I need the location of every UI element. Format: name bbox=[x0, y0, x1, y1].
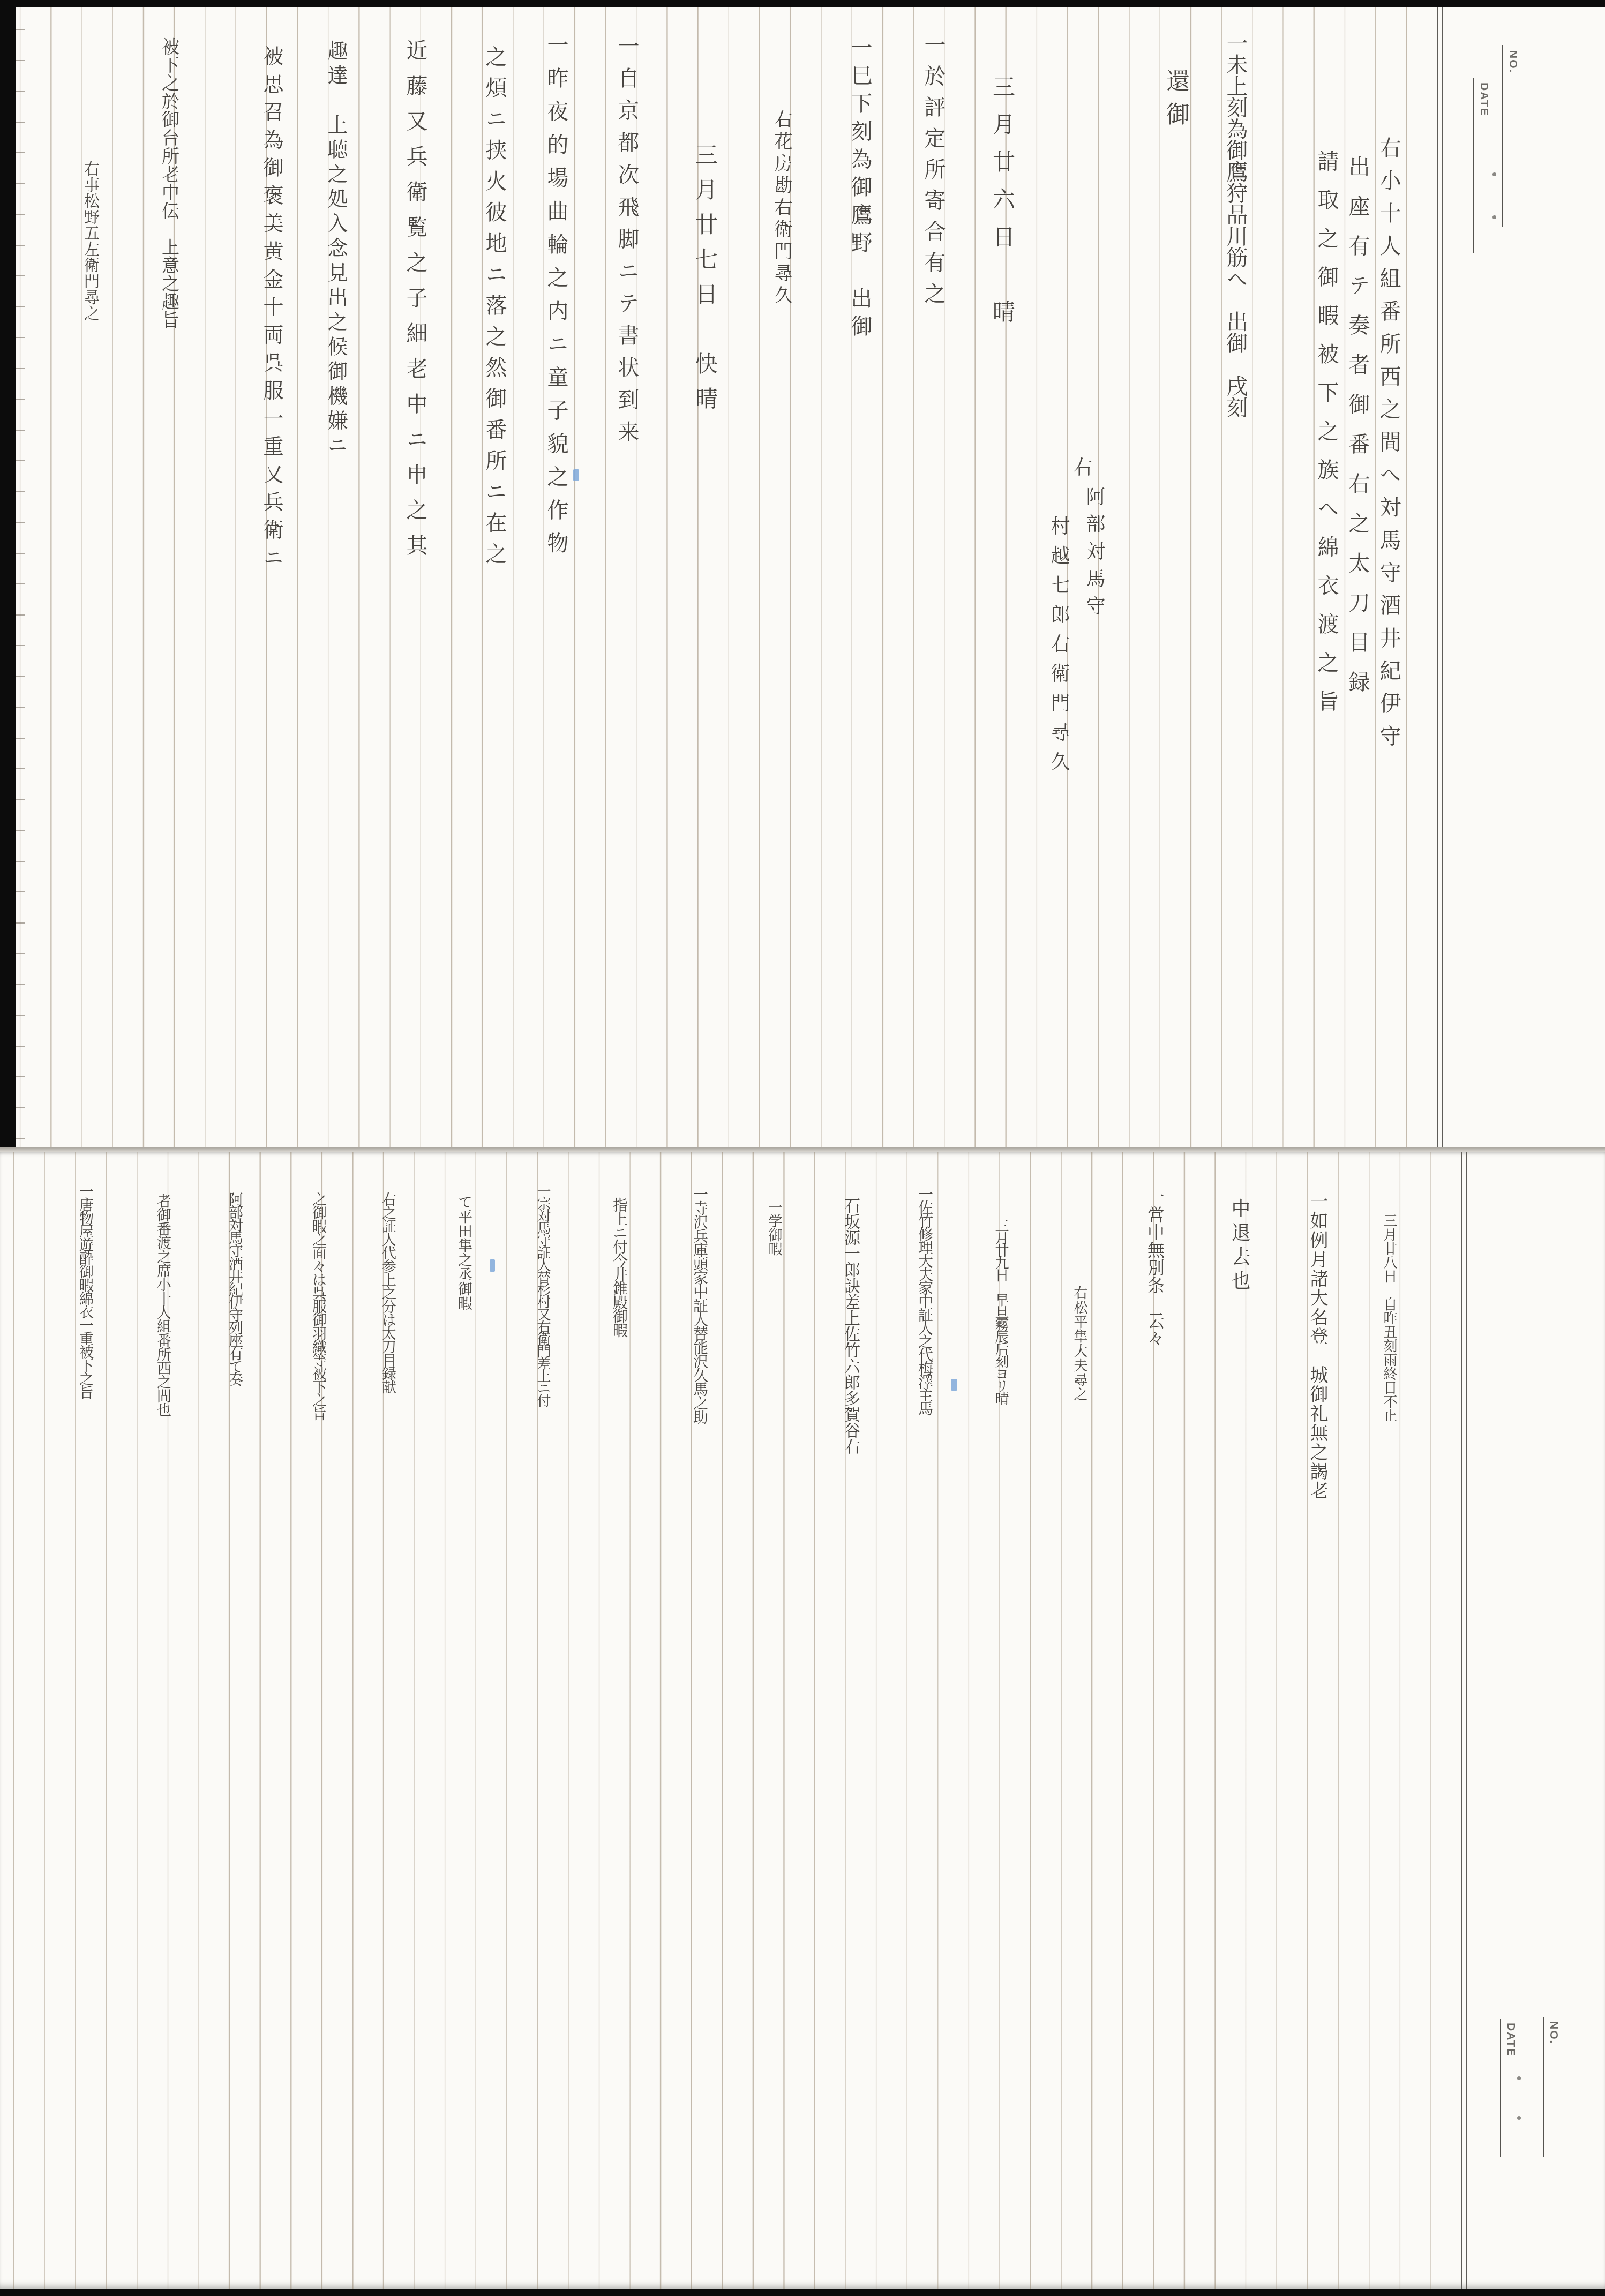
handwriting-column: 一如例月諸大名登 城御礼無之謁老 bbox=[1308, 1192, 1326, 1500]
blue-correction-mark bbox=[573, 469, 579, 481]
handwriting-column: 近藤又兵衛覧之子細老中ニ申之其 bbox=[404, 39, 426, 569]
handwriting-column: 一巳下刻為御鷹野 出御 bbox=[849, 36, 871, 343]
handwriting-column: 右小十人組番所西之間へ対馬守酒井紀伊守 bbox=[1378, 137, 1399, 757]
handwriting-column: 三月廿七日 快晴 bbox=[694, 143, 716, 422]
handwriting-column: 一昨夜的場曲輪之内ニ童子貌之作物 bbox=[545, 34, 567, 565]
handwriting-column: 三月廿九日 早旦霧辰后刻ヨリ晴 bbox=[994, 1219, 1008, 1404]
handwriting-column: 之煩ニ挟火彼地ニ落之然御番所ニ在之 bbox=[484, 46, 505, 574]
handwriting-column: 出座有テ奏者御番右之太刀目録 bbox=[1347, 155, 1368, 710]
handwriting-column: 右事松野五左衛門尋之 bbox=[83, 161, 99, 321]
handwriting-column: 一於評定所寄合有之 bbox=[922, 34, 944, 313]
handwriting-column: 指上ニ付今井錐殿御暇 bbox=[612, 1197, 627, 1337]
handwriting-column: 一自京都次飛脚ニテ書状到来 bbox=[616, 35, 637, 453]
handwriting-column: 被思召為御褒美黄金十両呉服一重又兵衛ニ bbox=[261, 46, 282, 575]
handwriting-column: 一宗対馬守証人替杉村又右衛門差上ニ付 bbox=[536, 1184, 550, 1406]
handwriting-layer: 右小十人組番所西之間へ対馬守酒井紀伊守出座有テ奏者御番右之太刀目録請取之御暇被下… bbox=[0, 0, 1605, 2296]
handwriting-column: 石坂源一郎訣差上佐竹六郎多賀谷右 bbox=[842, 1197, 858, 1454]
handwriting-column: 阿部対馬守酒井紀伊守列座有て奏 bbox=[227, 1192, 242, 1385]
handwriting-column: 阿部対馬守 bbox=[1084, 486, 1104, 623]
handwriting-column: 還御 bbox=[1164, 69, 1187, 135]
blue-correction-mark bbox=[951, 1379, 957, 1391]
handwriting-column: 一佐竹修理大夫家中証人之代梅澤主馬 bbox=[917, 1187, 932, 1414]
handwriting-column: て平田隼之丞御暇 bbox=[456, 1195, 471, 1310]
handwriting-column: 三月廿六日 晴 bbox=[991, 75, 1014, 337]
handwriting-column: 中退去也 bbox=[1229, 1198, 1249, 1295]
handwriting-column: 者御番渡之席小十人組番所西之間也 bbox=[155, 1194, 170, 1416]
handwriting-column: 被下之於御台所老中伝 上意之趣旨 bbox=[161, 37, 178, 329]
handwriting-column: 一唐物屋遊酔御暇綿衣一重被下之旨 bbox=[78, 1184, 92, 1398]
handwriting-column: 右 bbox=[1071, 457, 1091, 476]
handwriting-column: 一未上刻為御鷹狩品川筋へ 出御 戌刻 bbox=[1225, 32, 1246, 418]
handwriting-column: 請取之御暇被下之族へ綿衣渡之旨 bbox=[1316, 150, 1337, 729]
handwriting-column: 村越七郎右衛門尋久 bbox=[1049, 516, 1068, 781]
notebook-scan: NO. DATE NO. DATE 右小十人組番所西之間へ対馬守酒井紀伊守出座有… bbox=[0, 0, 1605, 2296]
handwriting-column: 一学御暇 bbox=[767, 1200, 781, 1256]
blue-correction-mark bbox=[490, 1259, 495, 1272]
handwriting-column: 趣達 上聴之処入念見出之候御機嫌ニ bbox=[326, 40, 346, 459]
handwriting-column: 右之証人代参上之分は太刀目録献 bbox=[380, 1192, 395, 1393]
handwriting-column: 一寺沢兵庫頭家中証人替能沢久馬之助 bbox=[692, 1187, 707, 1423]
handwriting-column: 之御暇之面々は呉服御羽織等被下之旨 bbox=[311, 1192, 325, 1420]
handwriting-column: 一営中無別条 云々 bbox=[1146, 1188, 1164, 1347]
handwriting-column: 右松平隼大夫尋之 bbox=[1072, 1286, 1086, 1401]
handwriting-column: 三月廿八日 自昨丑刻雨終日不止 bbox=[1382, 1213, 1396, 1422]
handwriting-column: 右花房勘右衛門尋久 bbox=[772, 110, 791, 307]
